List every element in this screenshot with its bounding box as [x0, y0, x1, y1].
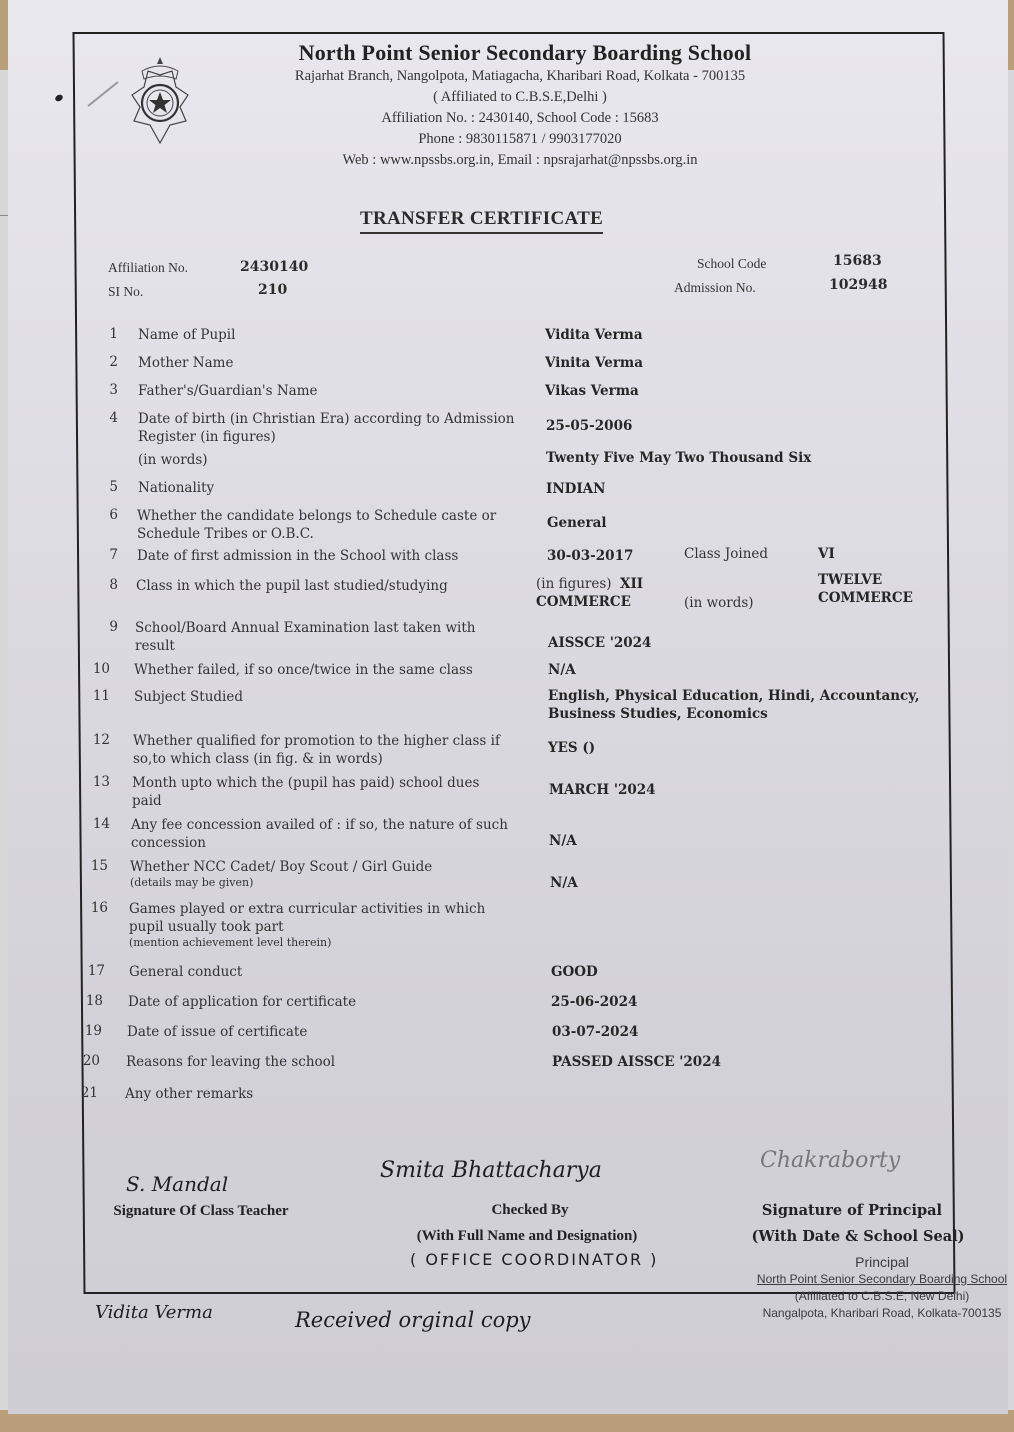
field-value: YES ()	[548, 739, 595, 757]
field-number: 18	[73, 993, 103, 1009]
field-label: School/Board Annual Examination last tak…	[135, 619, 515, 655]
field-value: PASSED AISSCE '2024	[552, 1053, 721, 1071]
school-affiliation-line: Affiliation No. : 2430140, School Code :…	[200, 108, 840, 129]
field-label-text: Any fee concession availed of : if so, t…	[131, 817, 508, 851]
seal-line-2: (Affiliated to C.B.S.E, New Delhi)	[742, 1288, 1014, 1305]
field-label-text: Date of issue of certificate	[127, 1024, 307, 1040]
field-number: 1	[88, 326, 118, 342]
field-label: Father's/Guardian's Name	[138, 382, 518, 400]
field-sublabel: (in words)	[138, 451, 208, 469]
field-number: 20	[70, 1053, 100, 1069]
field-value: Vinita Verma	[545, 354, 643, 372]
school-address: Rajarhat Branch, Nangolpota, Matiagacha,…	[200, 66, 840, 87]
field-label-text: General conduct	[129, 964, 242, 980]
document-title: TRANSFER CERTIFICATE	[360, 208, 603, 234]
field-label-text: Whether failed, if so once/twice in the …	[134, 662, 473, 678]
field-number: 7	[88, 547, 118, 563]
school-name: North Point Senior Secondary Boarding Sc…	[210, 40, 840, 66]
sl-label: SI No.	[108, 284, 143, 300]
field-label: Whether qualified for promotion to the h…	[133, 732, 513, 768]
field-label-text: Name of Pupil	[138, 327, 235, 343]
class-teacher-caption: Signature Of Class Teacher	[90, 1203, 312, 1220]
affiliation-label: Affiliation No.	[108, 260, 188, 276]
field-number: 4	[88, 410, 118, 426]
field-label-text: Father's/Guardian's Name	[138, 383, 318, 399]
field-label: Reasons for leaving the school	[126, 1053, 506, 1071]
field-label-text: Nationality	[138, 480, 214, 496]
field-label: Subject Studied	[134, 688, 514, 706]
field-number: 11	[80, 688, 110, 704]
field-label: Mother Name	[138, 354, 518, 372]
field-label-text: Whether qualified for promotion to the h…	[133, 733, 500, 767]
field-value: 25-06-2024	[551, 993, 637, 1011]
field-value-line2: Business Studies, Economics	[548, 705, 768, 723]
field-label-text: Reasons for leaving the school	[126, 1054, 335, 1070]
class-figures-label: (in figures)	[536, 575, 612, 593]
field-label-text: Class in which the pupil last studied/st…	[136, 578, 448, 594]
field-value: 30-03-2017	[547, 547, 633, 565]
field-value: N/A	[548, 661, 576, 679]
field-label-text: Date of application for certificate	[128, 994, 356, 1010]
field-number: 3	[88, 382, 118, 398]
field-number: 16	[78, 900, 108, 916]
seal-line-1: North Point Senior Secondary Boarding Sc…	[742, 1271, 1014, 1288]
checked-by-designation: ( OFFICE COORDINATOR )	[410, 1250, 658, 1269]
field-label-text: Month upto which the (pupil has paid) sc…	[132, 775, 479, 809]
checked-by-signature: Smita Bhattacharya	[380, 1158, 602, 1183]
principal-seal: Principal North Point Senior Secondary B…	[742, 1254, 1014, 1322]
field-number: 5	[88, 479, 118, 495]
field-label-text: Subject Studied	[134, 689, 243, 705]
admission-label: Admission No.	[674, 280, 756, 296]
field-number: 12	[80, 732, 110, 748]
class-figures-stream: COMMERCE	[536, 593, 631, 611]
field-note: (mention achievement level therein)	[129, 936, 509, 950]
field-number: 19	[72, 1023, 102, 1039]
field-label: Any fee concession availed of : if so, t…	[131, 816, 511, 852]
field-value: 03-07-2024	[552, 1023, 638, 1041]
field-label-text: Games played or extra curricular activit…	[129, 901, 485, 935]
principal-subcaption: (With Date & School Seal)	[745, 1228, 971, 1245]
field-label: Date of application for certificate	[128, 993, 508, 1011]
sl-value: 210	[258, 282, 287, 298]
class-joined-value: VI	[818, 545, 835, 563]
field-note: (details may be given)	[130, 876, 510, 890]
field-number: 15	[78, 858, 108, 874]
field-number: 9	[88, 619, 118, 635]
field-label: Name of Pupil	[138, 326, 518, 344]
field-number: 8	[88, 577, 118, 593]
field-label: Month upto which the (pupil has paid) sc…	[132, 774, 512, 810]
school-web: Web : www.npssbs.org.in, Email : npsraja…	[200, 150, 840, 171]
student-signature: Vidita Verma	[95, 1302, 213, 1323]
checked-by-caption: Checked By	[430, 1202, 630, 1219]
field-number: 17	[75, 963, 105, 979]
field-value: 25-05-2006	[546, 417, 632, 435]
pencil-mark	[86, 78, 120, 108]
field-label: Whether NCC Cadet/ Boy Scout / Girl Guid…	[130, 858, 510, 890]
field-label: Any other remarks	[125, 1085, 505, 1103]
class-figures-value: XII	[620, 575, 643, 593]
field-label-text: Mother Name	[138, 355, 233, 371]
principal-caption: Signature of Principal	[752, 1202, 952, 1219]
field-number: 2	[88, 354, 118, 370]
field-label: Whether failed, if so once/twice in the …	[134, 661, 514, 679]
field-value: Vikas Verma	[545, 382, 639, 400]
school-code-value: 15683	[833, 253, 882, 269]
class-words-stream: COMMERCE	[818, 589, 913, 607]
affiliation-value: 2430140	[240, 259, 308, 275]
field-label: General conduct	[129, 963, 509, 981]
field-label: Nationality	[138, 479, 518, 497]
field-value: INDIAN	[546, 480, 606, 498]
field-value: AISSCE '2024	[548, 634, 651, 652]
seal-line-3: Nangalpota, Kharibari Road, Kolkata-7001…	[742, 1305, 1014, 1322]
field-label-text: Any other remarks	[125, 1086, 253, 1102]
field-value: MARCH '2024	[549, 781, 656, 799]
field-value: GOOD	[551, 963, 598, 981]
field-number: 10	[80, 661, 110, 677]
field-label: Class in which the pupil last studied/st…	[136, 577, 516, 595]
field-label: Date of birth (in Christian Era) accordi…	[138, 410, 518, 446]
field-label-text: Whether the candidate belongs to Schedul…	[137, 508, 496, 542]
school-header: North Point Senior Secondary Boarding Sc…	[200, 40, 840, 171]
field-label-text: Date of birth (in Christian Era) accordi…	[138, 411, 515, 445]
class-teacher-signature: S. Mandal	[126, 1172, 228, 1196]
field-label-text: Date of first admission in the School wi…	[137, 548, 458, 564]
field-number: 13	[80, 774, 110, 790]
field-label-text: Whether NCC Cadet/ Boy Scout / Girl Guid…	[130, 859, 432, 875]
field-number: 14	[80, 816, 110, 832]
principal-signature: Chakraborty	[760, 1148, 900, 1173]
school-code-label: School Code	[697, 256, 766, 272]
field-value: N/A	[550, 874, 578, 892]
field-label: Date of first admission in the School wi…	[137, 547, 517, 565]
seal-title: Principal	[742, 1254, 1014, 1271]
field-value: General	[547, 514, 607, 532]
school-phone: Phone : 9830115871 / 9903177020	[200, 129, 840, 150]
field-number: 6	[88, 507, 118, 523]
class-words-value: TWELVE	[818, 571, 882, 589]
field-subvalue: Twenty Five May Two Thousand Six	[546, 449, 811, 467]
field-label: Games played or extra curricular activit…	[129, 900, 509, 950]
class-joined-label: Class Joined	[684, 545, 768, 563]
field-value: N/A	[549, 832, 577, 850]
field-label: Whether the candidate belongs to Schedul…	[137, 507, 517, 543]
admission-value: 102948	[829, 277, 887, 293]
school-logo-icon	[128, 55, 192, 147]
field-value: English, Physical Education, Hindi, Acco…	[548, 687, 920, 705]
class-words-label: (in words)	[684, 594, 754, 612]
school-affiliation-body: ( Affiliated to C.B.S.E,Delhi )	[200, 87, 840, 108]
field-value: Vidita Verma	[545, 326, 643, 344]
field-label-text: School/Board Annual Examination last tak…	[135, 620, 475, 654]
received-note: Received orginal copy	[295, 1308, 531, 1332]
field-number: 21	[68, 1085, 98, 1101]
field-label: Date of issue of certificate	[127, 1023, 507, 1041]
checked-by-subcaption: (With Full Name and Designation)	[382, 1228, 672, 1245]
